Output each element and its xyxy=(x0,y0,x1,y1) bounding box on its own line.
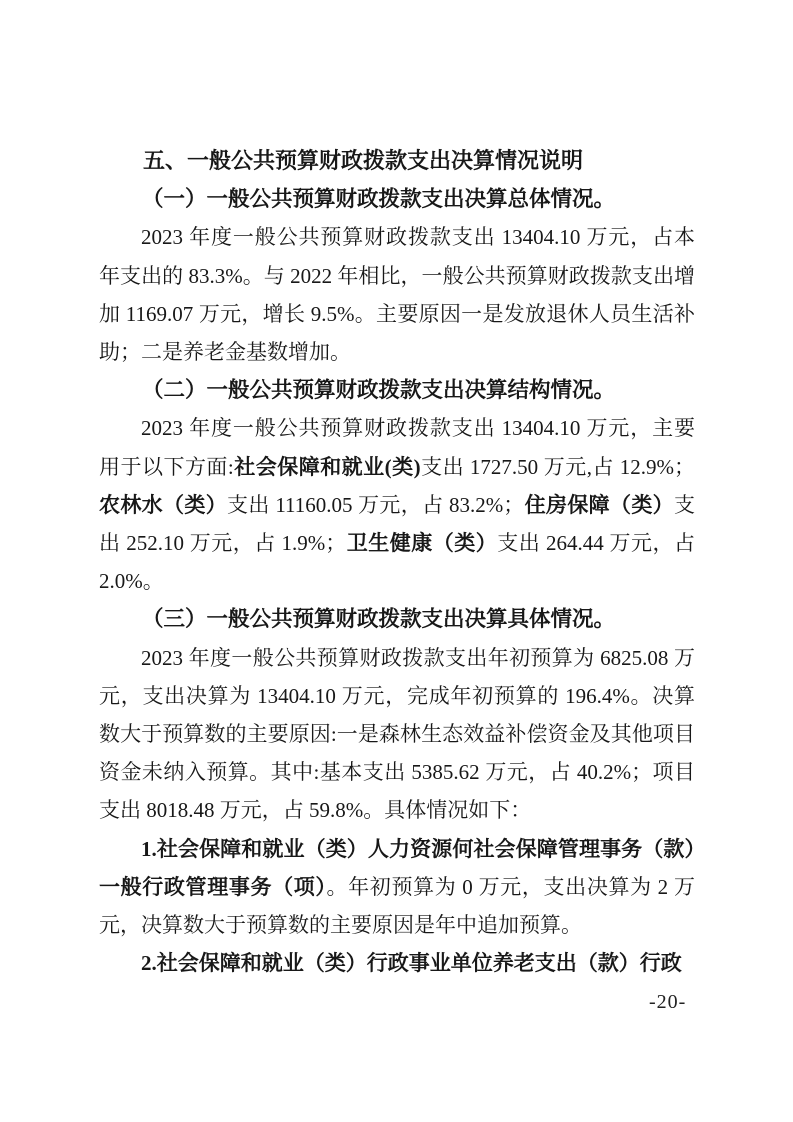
section-heading: 五、一般公共预算财政拨款支出决算情况说明 xyxy=(99,142,695,180)
text-segment: 2023 年度一般公共预算财政拨款支出年初预算为 6825.08 万元，支出决算… xyxy=(99,646,695,823)
text-segment: 2.社会保障和就业（类）行政事业单位养老支出（款）行政 xyxy=(141,951,682,975)
page-number: -20- xyxy=(649,991,686,1014)
text-segment: 住房保障（类） xyxy=(524,493,674,517)
paragraph-structure: 2023 年度一般公共预算财政拨款支出 13404.10 万元，主要用于以下方面… xyxy=(99,409,695,600)
subsection-heading-2: （二）一般公共预算财政拨款支出决算结构情况。 xyxy=(99,371,695,409)
subsection-heading-3: （三）一般公共预算财政拨款支出决算具体情况。 xyxy=(99,600,695,638)
text-segment: 农林水（类） xyxy=(99,493,227,517)
document-body: 五、一般公共预算财政拨款支出决算情况说明（一）一般公共预算财政拨款支出决算总体情… xyxy=(99,142,695,982)
text-segment: 2023 年度一般公共预算财政拨款支出 13404.10 万元，占本年支出的 8… xyxy=(99,225,695,364)
document-page: 五、一般公共预算财政拨款支出决算情况说明（一）一般公共预算财政拨款支出决算总体情… xyxy=(0,0,793,1122)
text-segment: 五、一般公共预算财政拨款支出决算情况说明 xyxy=(143,148,583,173)
list-item-2: 2.社会保障和就业（类）行政事业单位养老支出（款）行政 xyxy=(99,944,695,982)
list-item-1: 1.社会保障和就业（类）人力资源何社会保障管理事务（款）一般行政管理事务（项）。… xyxy=(99,830,695,945)
text-segment: （一）一般公共预算财政拨款支出决算总体情况。 xyxy=(142,187,615,211)
text-segment: （二）一般公共预算财政拨款支出决算结构情况。 xyxy=(142,378,615,402)
paragraph-detail: 2023 年度一般公共预算财政拨款支出年初预算为 6825.08 万元，支出决算… xyxy=(99,639,695,830)
text-segment: 卫生健康（类） xyxy=(346,531,497,555)
subsection-heading-1: （一）一般公共预算财政拨款支出决算总体情况。 xyxy=(99,180,695,218)
text-segment: （三）一般公共预算财政拨款支出决算具体情况。 xyxy=(142,607,615,631)
text-segment: 支出 1727.50 万元,占 12.9%； xyxy=(421,455,695,479)
text-segment: 社会保障和就业(类) xyxy=(234,455,421,479)
paragraph-overall: 2023 年度一般公共预算财政拨款支出 13404.10 万元，占本年支出的 8… xyxy=(99,218,695,371)
text-segment: 支出 11160.05 万元，占 83.2%； xyxy=(227,493,524,517)
